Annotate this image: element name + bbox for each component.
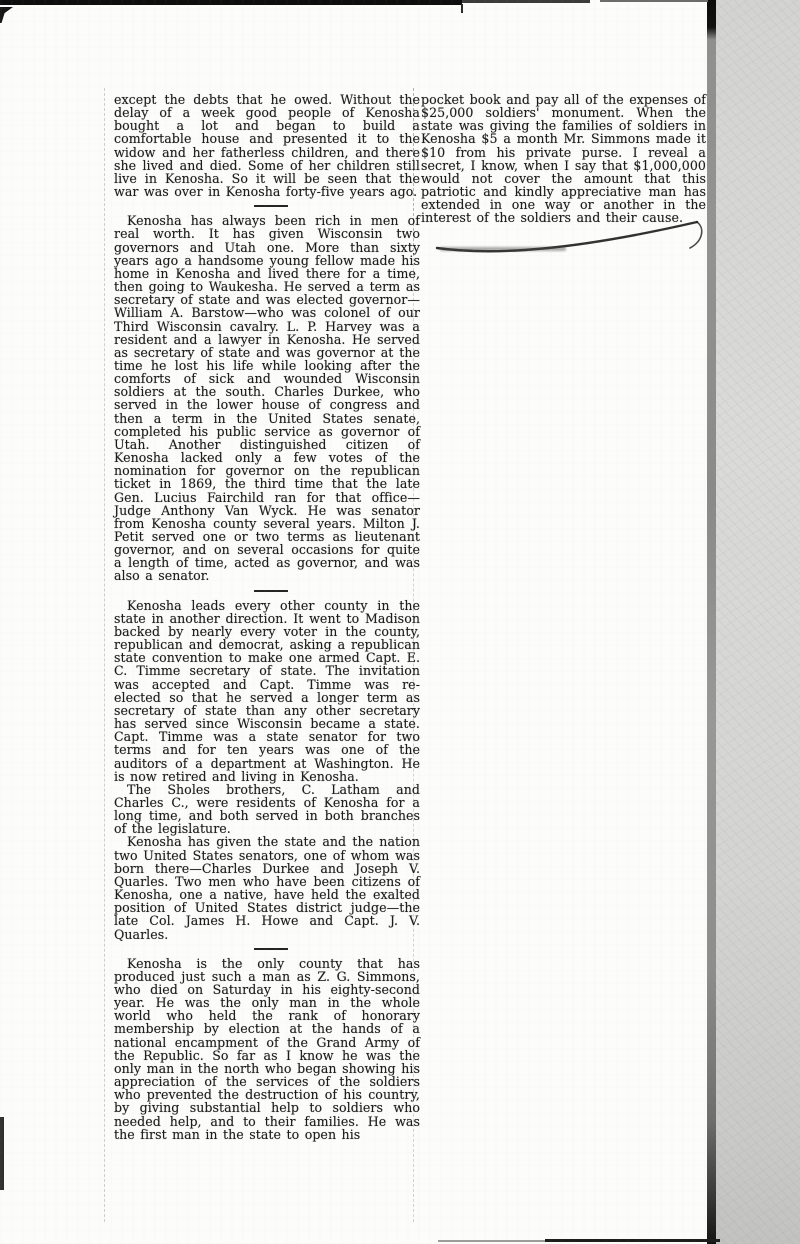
- article-paragraph: Kenosha leads every other county in the …: [114, 599, 420, 783]
- scanner-margin-speckle: [716, 0, 800, 1244]
- article-paragraph: except the debts that he owed. Without t…: [114, 93, 420, 198]
- scan-artifact-top-edge-medium: [462, 0, 590, 3]
- clipping-bottom-arc: [425, 203, 715, 265]
- article-paragraph: Kenosha has always been rich in men of r…: [114, 214, 420, 582]
- section-divider-dash: [254, 205, 288, 207]
- article-paragraph: Kenosha has given the state and the nati…: [114, 835, 420, 940]
- page-edge-dark-strip: [707, 0, 716, 1244]
- scan-artifact-left-edge-mark: [0, 1117, 4, 1190]
- scanned-newspaper-page: { "article": { "left_column": [ { "text"…: [0, 0, 800, 1244]
- ink-smudge-underline: [440, 247, 566, 251]
- column-rule-left: [104, 88, 105, 1222]
- scan-artifact-corner-mark: [0, 7, 13, 23]
- section-divider-dash: [254, 948, 288, 950]
- scan-artifact-top-edge-light: [600, 0, 708, 2]
- scan-artifact-bottom-edge-light: [438, 1240, 545, 1242]
- scan-artifact-top-tick: [461, 4, 463, 13]
- scan-artifact-top-edge-heavy: [0, 0, 462, 5]
- section-divider-dash: [254, 590, 288, 592]
- scan-artifact-bottom-edge-dark: [545, 1239, 720, 1242]
- article-paragraph: The Sholes brothers, C. Latham and Charl…: [114, 783, 420, 836]
- article-paragraph: Kenosha is the only county that has prod…: [114, 957, 420, 1141]
- left-column: except the debts that he owed. Without t…: [114, 93, 420, 1141]
